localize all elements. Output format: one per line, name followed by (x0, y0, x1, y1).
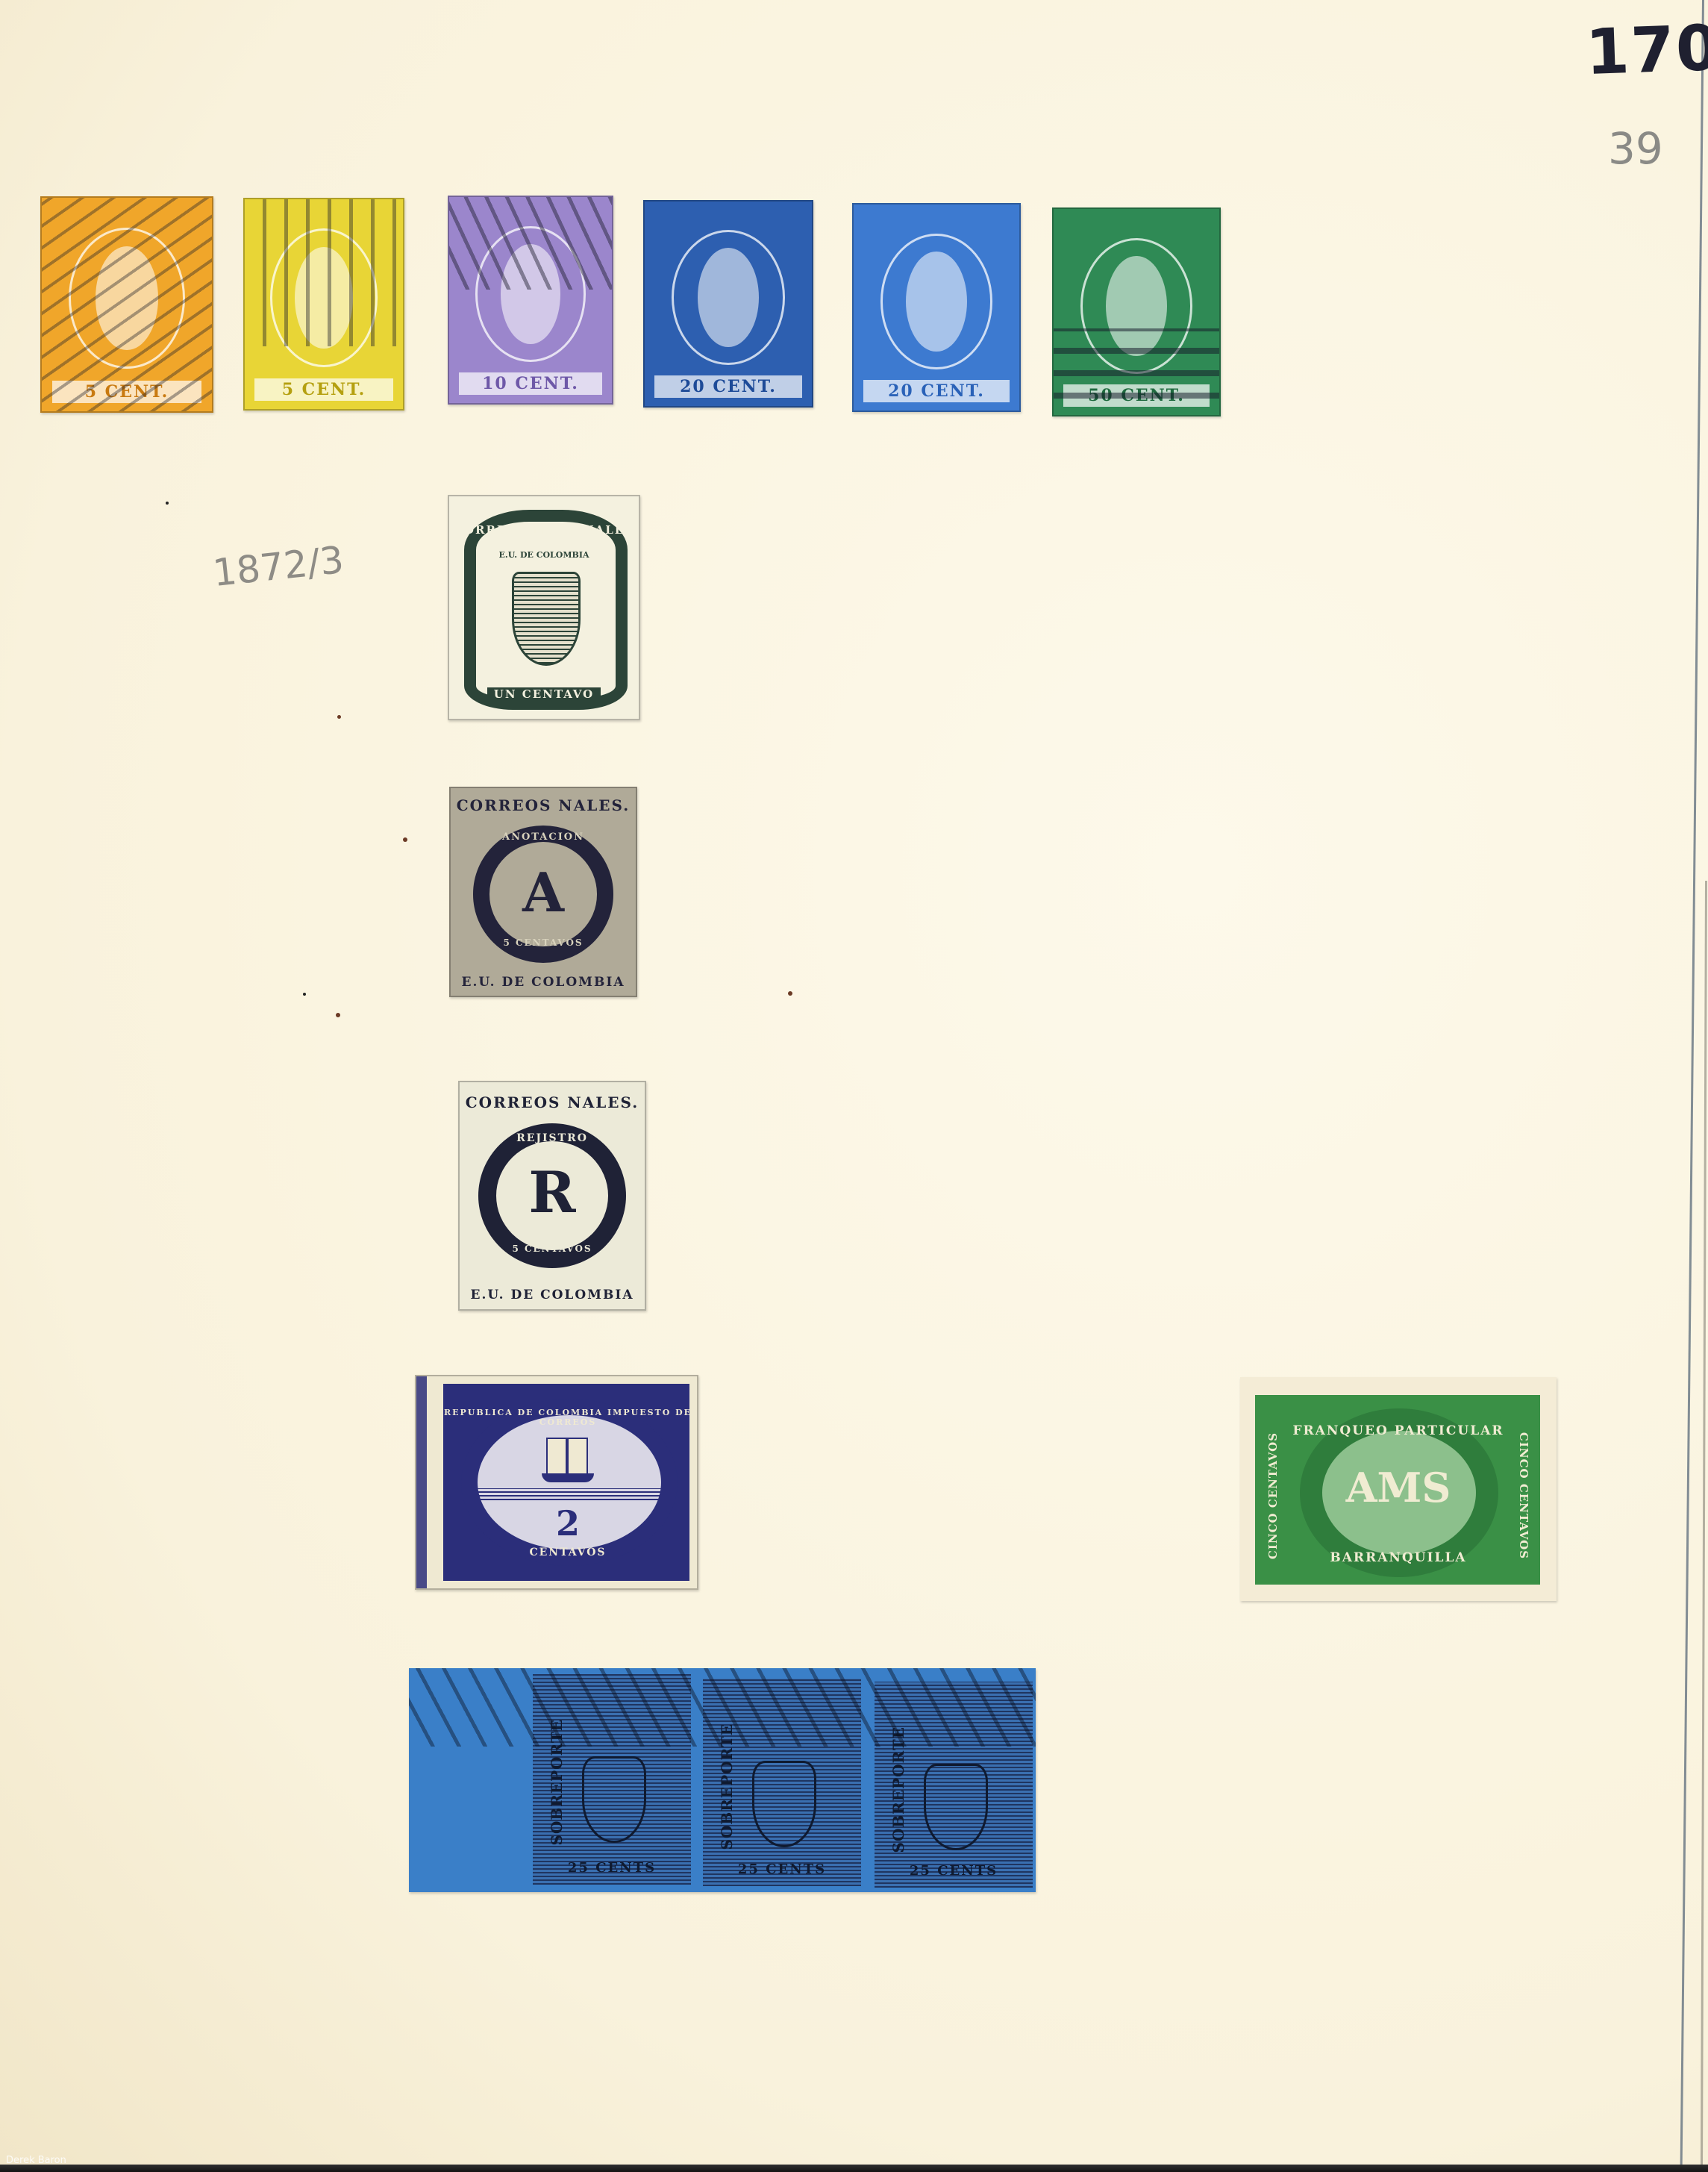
stamp-bottom-text: BARRANQUILLA (1240, 1550, 1557, 1565)
stamp-ring-text: CORREOS NACIONALES (449, 523, 639, 537)
stamp-value: 25 CENTS (875, 1863, 1033, 1879)
pencil-year-note: 1872/3 (210, 538, 345, 595)
stamp-franqueo-particular[interactable]: FRANQUEO PARTICULAR AMS BARRANQUILLA CIN… (1240, 1377, 1557, 1601)
binding-line (1680, 0, 1704, 2172)
stamp-value: 20 CENT. (654, 375, 801, 398)
stamp-ring-text: SOBREPORTE (889, 1726, 907, 1853)
coat-of-arms-oval (270, 228, 378, 366)
speck (788, 991, 792, 996)
stamp-ring-text: SOBREPORTE (548, 1719, 566, 1846)
stamp-sobreporte-1[interactable]: 25 CENTS SOBREPORTE (533, 1674, 691, 1885)
stamp-side-text-right: CINCO CENTAVOS (1517, 1406, 1530, 1585)
stamp-ring-text: REJISTRO (460, 1132, 645, 1144)
stamp-value: 5 CENTAVOS (460, 1243, 645, 1254)
photo-credit: Derek Baron (6, 2155, 66, 2166)
album-page: 170 39 1872/3 5 CENT. 5 CENT. 10 CENT. 2… (0, 0, 1708, 2172)
adjacent-stamp-margin (416, 1376, 427, 1588)
stamp-value: 20 CENT. (863, 380, 1009, 402)
coat-of-arms-oval (1080, 238, 1193, 374)
stamp-value: 50 CENT. (1063, 384, 1209, 407)
stamp-ship-2-centavos[interactable]: REPUBLICA DE COLOMBIA IMPUESTO DE CORREO… (415, 1375, 698, 1590)
stamp-ring-text: SOBREPORTE (718, 1723, 736, 1850)
speck (303, 993, 306, 996)
coat-of-arms-oval (880, 234, 993, 369)
stamp-sobreporte-3[interactable]: 25 CENTS SOBREPORTE (875, 1682, 1033, 1888)
stamp-center-letter: R (460, 1159, 645, 1226)
stamp-side-text-left: CINCO CENTAVOS (1266, 1406, 1280, 1585)
stamp-monogram: AMS (1240, 1464, 1557, 1511)
stamp-anotacion[interactable]: CORREOS NALES. ANOTACION A 5 CENTAVOS E.… (449, 787, 637, 997)
speck (336, 1013, 340, 1017)
stamp-bottom-text: E.U. DE COLOMBIA (451, 975, 636, 990)
stamp-center-letter: A (451, 861, 636, 924)
pencil-note: 39 (1608, 123, 1663, 174)
stamp-bottom-text: E.U. DE COLOMBIA (460, 1288, 645, 1302)
stamp-20cent-blue[interactable]: 20 CENT. (643, 200, 813, 408)
stamp-ring-text: REPUBLICA DE COLOMBIA IMPUESTO DE CORREO… (439, 1408, 697, 1427)
coat-of-arms-oval (475, 226, 586, 362)
coat-of-arms-icon (752, 1761, 816, 1847)
stamp-value: CENTAVOS (439, 1547, 697, 1558)
coat-of-arms-oval (672, 230, 785, 365)
page-number: 170 (1584, 11, 1708, 89)
stamp-center-text: E.U. DE COLOMBIA (449, 550, 639, 560)
stamp-top-text: CORREOS NALES. (460, 1093, 645, 1111)
stamp-value: UN CENTAVO (487, 687, 601, 701)
stamp-top-text: CORREOS NALES. (451, 796, 636, 814)
stamp-strip-sobreporte[interactable]: 25 CENTS SOBREPORTE 25 CENTS SOBREPORTE … (409, 1668, 1036, 1892)
stamp-10cent-violet[interactable]: 10 CENT. (448, 196, 613, 405)
stamp-5cent-orange[interactable]: 5 CENT. (40, 196, 213, 413)
stamp-50cent-green[interactable]: 50 CENT. (1052, 207, 1221, 416)
speck (166, 502, 169, 505)
stamp-value: 25 CENTS (703, 1862, 861, 1877)
stamp-registro[interactable]: CORREOS NALES. REJISTRO R 5 CENTAVOS E.U… (458, 1081, 646, 1311)
stamp-value: 10 CENT. (459, 372, 602, 395)
stamp-value: 5 CENT. (52, 381, 202, 403)
stamp-sobreporte-2[interactable]: 25 CENTS SOBREPORTE (703, 1679, 861, 1886)
coat-of-arms-icon (582, 1756, 646, 1843)
stamp-value: 5 CENTAVOS (451, 937, 636, 948)
stamp-20cent-light-blue[interactable]: 20 CENT. (852, 203, 1021, 412)
stamp-value-number: 2 (439, 1503, 697, 1544)
stamp-5cent-yellow[interactable]: 5 CENT. (243, 198, 404, 411)
speck (337, 715, 341, 719)
sea (478, 1488, 664, 1500)
stamp-ring-text: FRANQUEO PARTICULAR (1240, 1423, 1557, 1438)
stamp-un-centavo[interactable]: CORREOS NACIONALES E.U. DE COLOMBIA UN C… (448, 495, 640, 720)
shield-icon (512, 572, 581, 665)
speck (403, 837, 407, 842)
stamp-ring-text: ANOTACION (451, 831, 636, 843)
coat-of-arms-icon (924, 1764, 988, 1850)
ship-icon (542, 1438, 594, 1485)
page-bottom-edge (0, 2165, 1708, 2172)
stamp-value: 5 CENT. (254, 378, 394, 401)
binding-line (1701, 881, 1707, 2172)
stamp-value: 25 CENTS (533, 1860, 691, 1876)
coat-of-arms-oval (69, 228, 184, 369)
